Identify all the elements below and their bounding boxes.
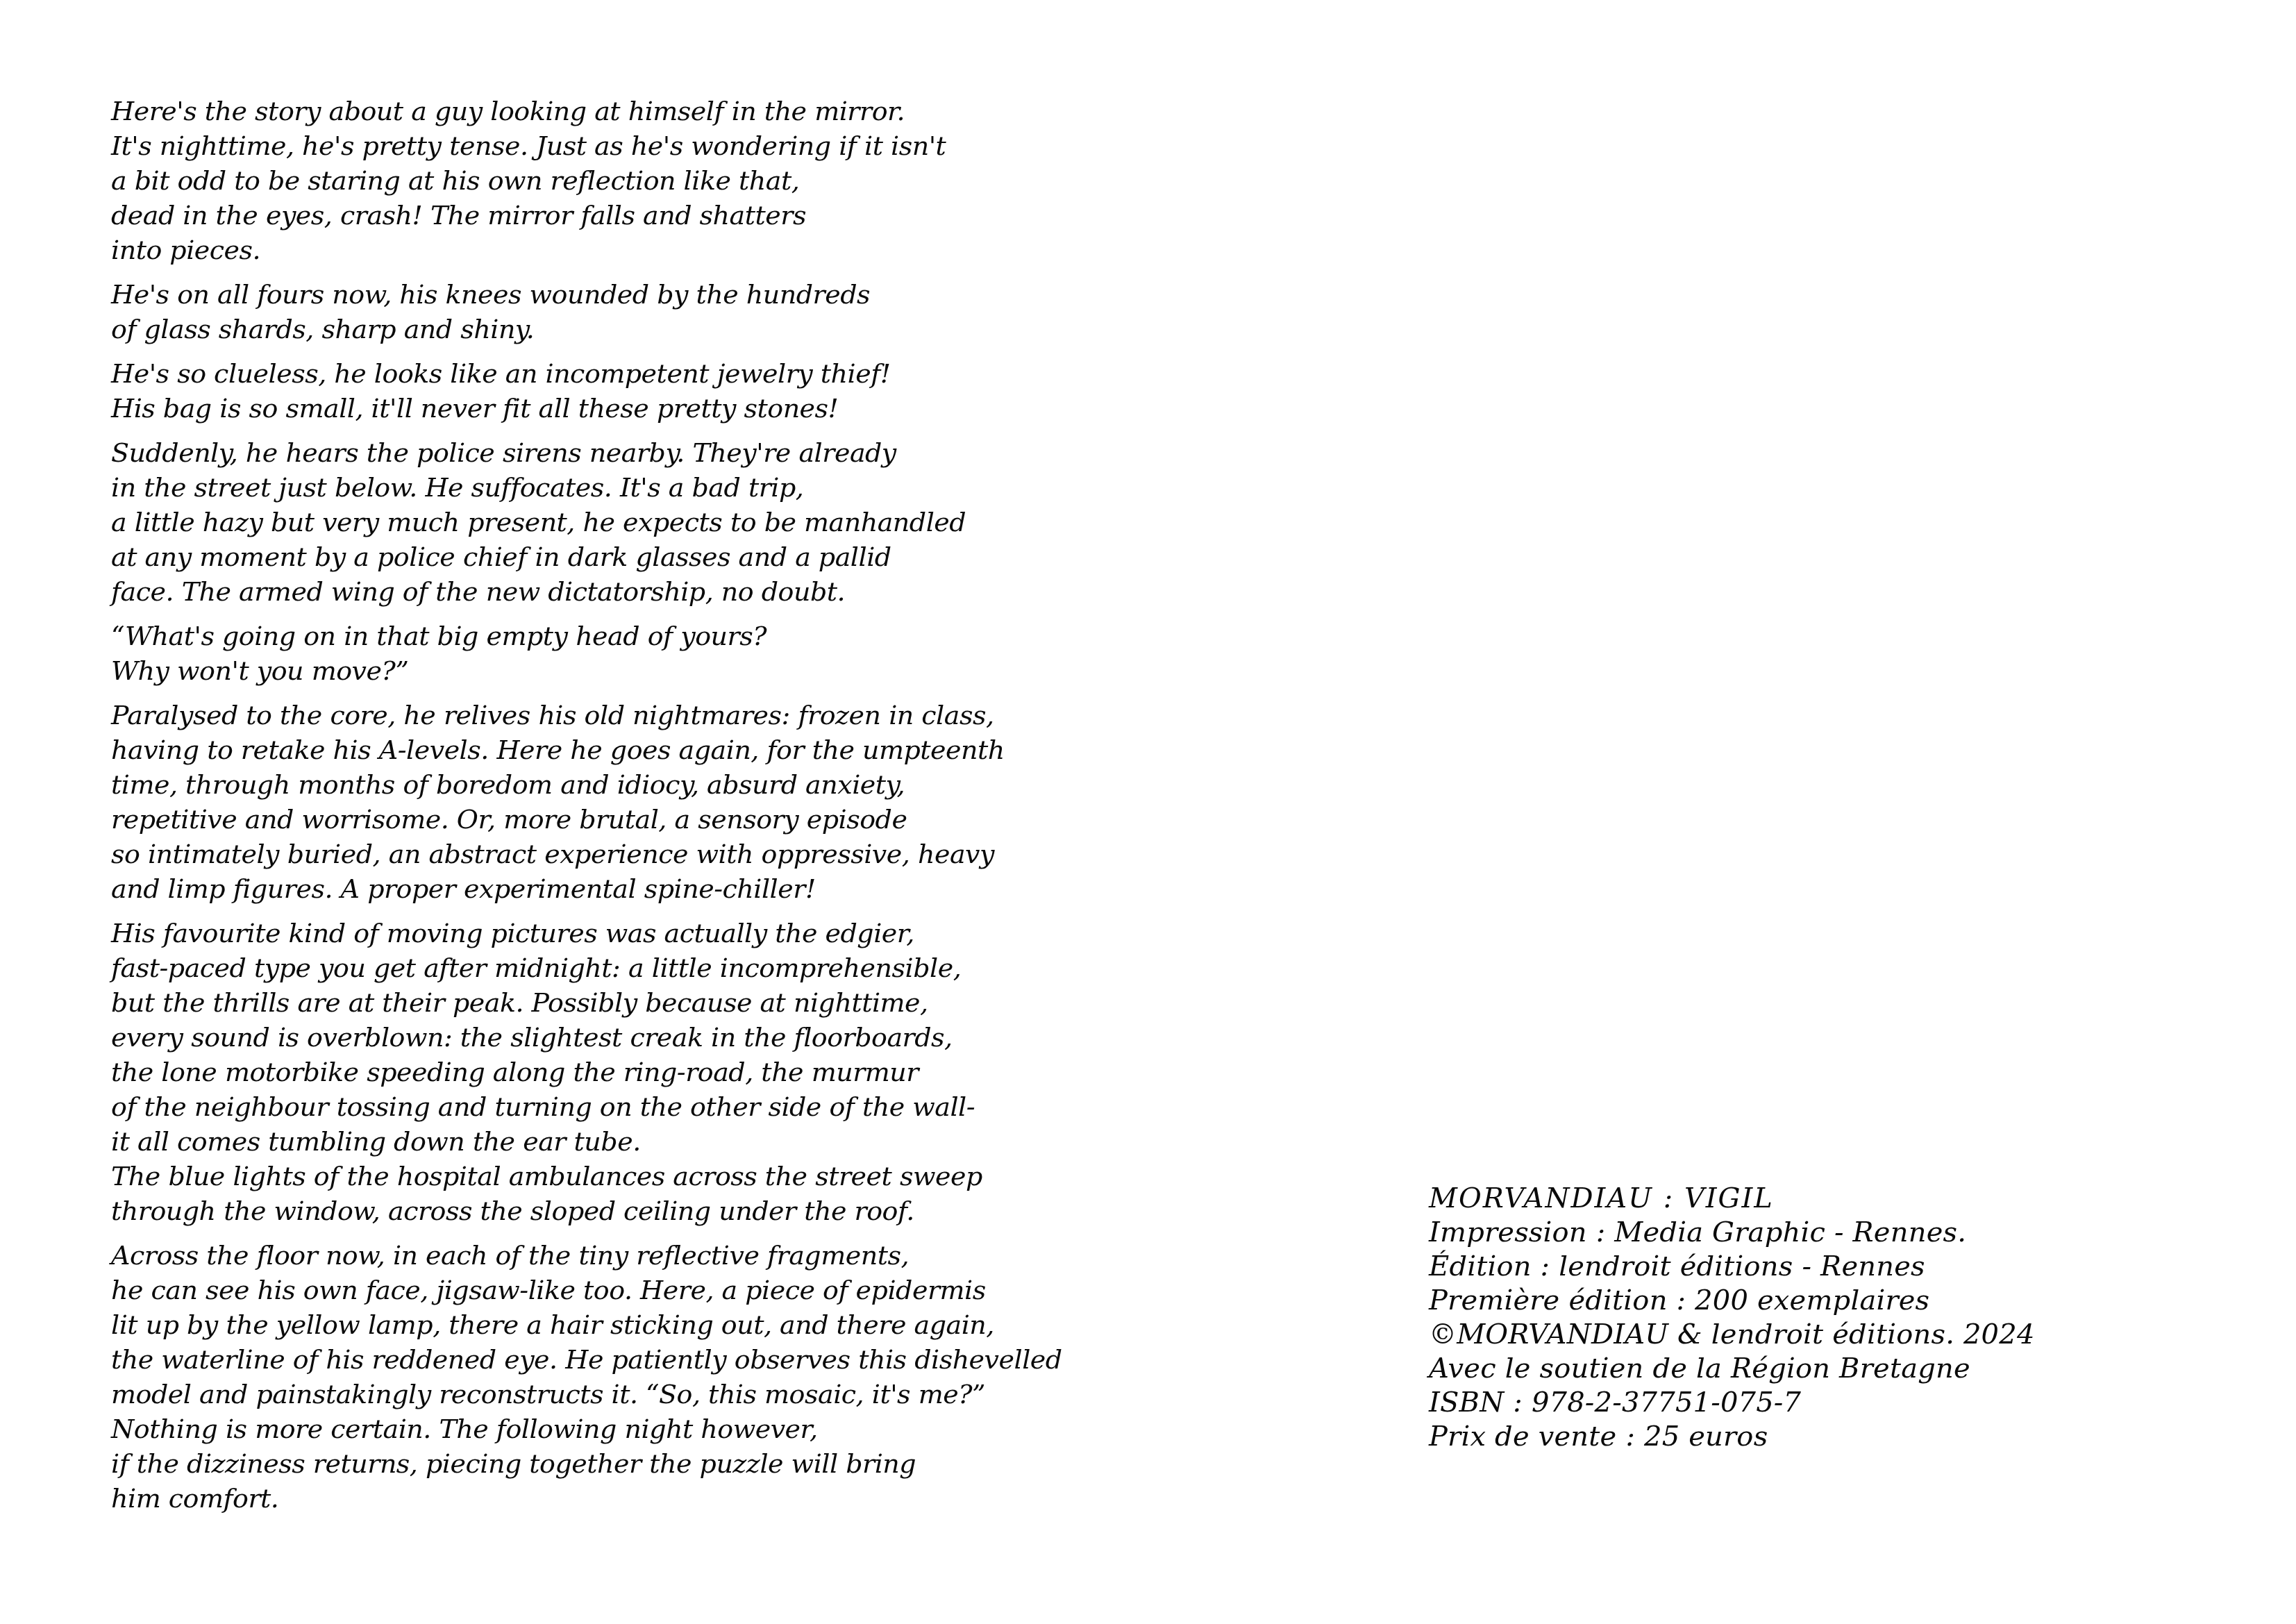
colophon-title: MORVANDIAU : VIGIL (1429, 1182, 2054, 1216)
story-line: the lone motorbike speeding along the ri… (111, 1055, 1014, 1089)
story-line: a little hazy but very much present, he … (111, 505, 1014, 539)
story-line: model and painstakingly reconstructs it.… (111, 1377, 1014, 1412)
story-line: It's nighttime, he's pretty tense. Just … (111, 128, 1014, 163)
story-line: Suddenly, he hears the police sirens nea… (111, 435, 1014, 470)
story-line: so intimately buried, an abstract experi… (111, 837, 1014, 871)
story-line: if the dizziness returns, piecing togeth… (111, 1446, 1014, 1481)
story-line: in the street just below. He suffocates.… (111, 470, 1014, 505)
story-line: Across the floor now, in each of the tin… (111, 1238, 1014, 1273)
handwritten-story: Here's the story about a guy looking at … (111, 94, 1014, 1525)
story-line: Paralysed to the core, he relives his ol… (111, 698, 1014, 733)
story-line: but the thrills are at their peak. Possi… (111, 985, 1014, 1020)
story-line: “What's going on in that big empty head … (111, 619, 1014, 653)
story-line: and limp figures. A proper experimental … (111, 871, 1014, 906)
story-line: The blue lights of the hospital ambulanc… (111, 1159, 1014, 1194)
story-paragraph: Here's the story about a guy looking at … (111, 94, 1014, 267)
story-paragraph: He's so clueless, he looks like an incom… (111, 356, 1014, 426)
colophon-first-edition: Première édition : 200 exemplaires (1429, 1284, 2054, 1318)
story-line: at any moment by a police chief in dark … (111, 539, 1014, 574)
left-page: Here's the story about a guy looking at … (0, 0, 1148, 1624)
story-line: His favourite kind of moving pictures wa… (111, 916, 1014, 951)
story-paragraph: He's on all fours now, his knees wounded… (111, 277, 1014, 346)
story-line: face. The armed wing of the new dictator… (111, 574, 1014, 609)
book-spread: Here's the story about a guy looking at … (0, 0, 2296, 1624)
colophon-printing: Impression : Media Graphic - Rennes. (1429, 1216, 2054, 1250)
story-line: Nothing is more certain. The following n… (111, 1412, 1014, 1446)
colophon-price: Prix de vente : 25 euros (1429, 1420, 2054, 1454)
story-line: having to retake his A-levels. Here he g… (111, 733, 1014, 767)
colophon: MORVANDIAU : VIGIL Impression : Media Gr… (1429, 1182, 2054, 1454)
story-line: repetitive and worrisome. Or, more bruta… (111, 802, 1014, 837)
story-line: lit up by the yellow lamp, there a hair … (111, 1307, 1014, 1342)
story-line: Here's the story about a guy looking at … (111, 94, 1014, 128)
story-line: He's so clueless, he looks like an incom… (111, 356, 1014, 391)
story-paragraph: His favourite kind of moving pictures wa… (111, 916, 1014, 1228)
colophon-isbn: ISBN : 978-2-37751-075-7 (1429, 1386, 2054, 1420)
story-line: dead in the eyes, crash! The mirror fall… (111, 198, 1014, 233)
colophon-publisher: Édition : lendroit éditions - Rennes (1429, 1250, 2054, 1284)
colophon-support: Avec le soutien de la Région Bretagne (1429, 1352, 2054, 1386)
story-line: fast-paced type you get after midnight: … (111, 951, 1014, 985)
story-line: Why won't you move?” (111, 653, 1014, 688)
story-line: time, through months of boredom and idio… (111, 767, 1014, 802)
story-line: He's on all fours now, his knees wounded… (111, 277, 1014, 312)
story-paragraph: Paralysed to the core, he relives his ol… (111, 698, 1014, 906)
story-line: him comfort. (111, 1481, 1014, 1516)
story-line: a bit odd to be staring at his own refle… (111, 163, 1014, 198)
story-line: His bag is so small, it'll never fit all… (111, 391, 1014, 426)
right-page: MORVANDIAU : VIGIL Impression : Media Gr… (1148, 0, 2296, 1624)
story-line: of the neighbour tossing and turning on … (111, 1089, 1014, 1124)
story-line: he can see his own face, jigsaw-like too… (111, 1273, 1014, 1307)
story-line: through the window, across the sloped ce… (111, 1194, 1014, 1228)
story-paragraph: “What's going on in that big empty head … (111, 619, 1014, 688)
story-line: of glass shards, sharp and shiny. (111, 312, 1014, 346)
colophon-copyright: ©MORVANDIAU & lendroit éditions. 2024 (1429, 1318, 2054, 1352)
story-line: every sound is overblown: the slightest … (111, 1020, 1014, 1055)
story-line: into pieces. (111, 233, 1014, 267)
story-line: it all comes tumbling down the ear tube. (111, 1124, 1014, 1159)
story-paragraph: Suddenly, he hears the police sirens nea… (111, 435, 1014, 609)
story-paragraph: Across the floor now, in each of the tin… (111, 1238, 1014, 1516)
story-line: the waterline of his reddened eye. He pa… (111, 1342, 1014, 1377)
